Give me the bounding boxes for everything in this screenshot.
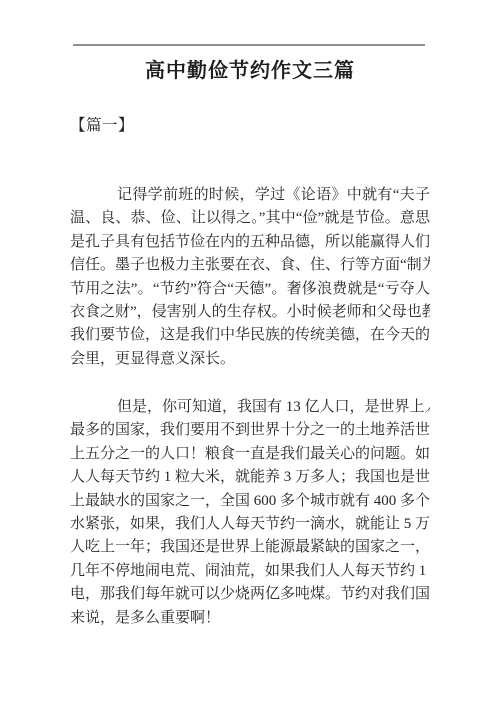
header-rule [73,44,425,46]
document-title: 高中勤俭节约作文三篇 [0,59,500,83]
essay-line: 是孔子具有包括节俭在内的五种品德，所以能赢得人们的 [70,231,430,254]
essay-line: 最多的国家，我们要用不到世界十分之一的土地养活世界 [70,419,430,442]
paragraph-2: 但是，你可知道，我国有 13 亿人口，是世界上人口 最多的国家，我们要用不到世界… [70,396,430,630]
essay-line: 我们要节俭，这是我们中华民族的传统美德，在今天的社 [70,324,430,347]
essay-line: 但是，你可知道，我国有 13 亿人口，是世界上人口 [70,396,430,419]
essay-line: 节用之法”。“节约”符合“天德”。奢侈浪费就是“亏夺人 [70,278,430,301]
essay-line: 人吃上一年；我国还是世界上能源最紧缺的国家之一，这 [70,536,430,559]
paragraph-1: 记得学前班的时候，学过《论语》中就有“夫子 温、良、恭、俭、让以得之。”其中“俭… [70,184,430,371]
essay-line: 几年不停地闹电荒、闹油荒，如果我们人人每天节约 1 度 [70,560,430,583]
essay-line: 记得学前班的时候，学过《论语》中就有“夫子 [70,184,430,207]
essay-line: 人人每天节约 1 粒大米，就能养 3 万多人；我国也是世界 [70,466,430,489]
essay-line: 上最缺水的国家之一，全国 600 多个城市就有 400 多个用 [70,490,430,513]
document-page: 高中勤俭节约作文三篇 【篇一】 记得学前班的时候，学过《论语》中就有“夫子 温、… [0,0,500,707]
essay-line: 上五分之一的人口！粮食一直是我们最关心的问题。如果 [70,443,430,466]
essay-line: 电，那我们每年就可以少烧两亿多吨煤。节约对我们国家 [70,583,430,606]
essay-line: 温、良、恭、俭、让以得之。”其中“俭”就是节俭。意思 [70,207,430,230]
essay-line: 信任。墨子也极力主张要在衣、食、住、行等方面“制为 [70,254,430,277]
section-marker: 【篇一】 [70,113,134,135]
essay-line: 来说，是多么重要啊！ [70,607,430,630]
essay-line: 衣食之财”，侵害别人的生存权。小时候老师和父母也教育 [70,301,430,324]
essay-line: 会里，更显得意义深长。 [70,348,430,371]
essay-line: 水紧张，如果，我们人人每天节约一滴水，就能让 5 万多 [70,513,430,536]
